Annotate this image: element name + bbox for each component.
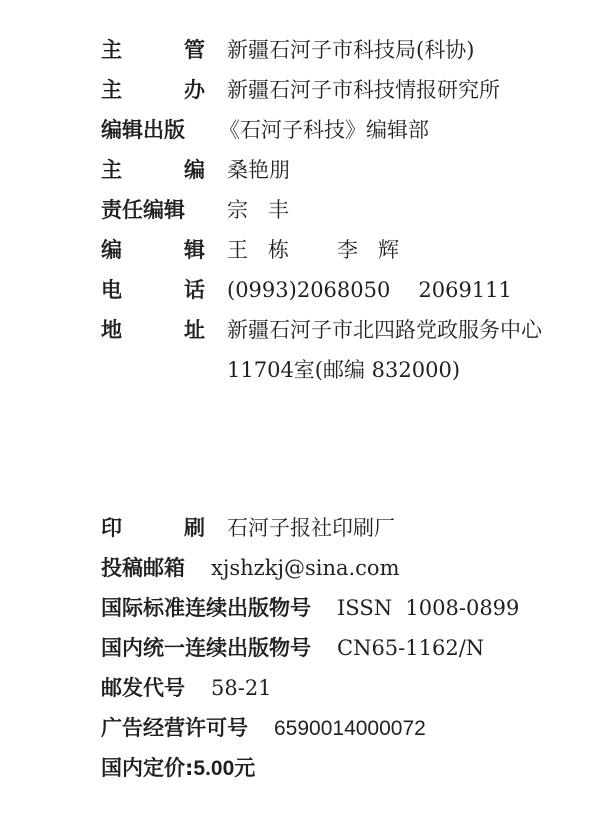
responsible-editor-value: 宗丰	[227, 197, 289, 223]
name-part: 丰	[268, 198, 289, 222]
label-char: 印	[101, 515, 122, 541]
masthead-row-printer: 印刷石河子报社印刷厂	[101, 515, 395, 541]
address-value: 新疆石河子市北四路党政服务中心	[227, 317, 542, 343]
label-char: 编	[101, 237, 122, 263]
masthead-row-supervisor: 主管新疆石河子市科技局(科协)	[101, 37, 474, 63]
field-label: 电话	[101, 277, 205, 303]
supervisor-value: 新疆石河子市科技局(科协)	[227, 37, 474, 63]
label-char: 刷	[184, 515, 205, 541]
label-char: 话	[184, 277, 205, 303]
field-label: 国内统一连续出版物号	[101, 635, 311, 661]
field-label: 国内定价	[101, 755, 185, 781]
name-part: 王	[227, 238, 248, 262]
label-char: 址	[184, 317, 205, 343]
price-separator: :	[185, 756, 193, 780]
label-char: 电	[101, 277, 122, 303]
printer-value: 石河子报社印刷厂	[227, 515, 395, 541]
field-label: 投稿邮箱	[101, 555, 185, 581]
publisher-value: 《石河子科技》编辑部	[219, 117, 429, 143]
field-label: 主编	[101, 157, 205, 183]
masthead-row-publisher: 编辑出版《石河子科技》编辑部	[101, 117, 429, 143]
label-char: 主	[101, 77, 122, 103]
postal-distribution-code-value: 58-21	[211, 675, 272, 701]
masthead-row-price: 国内定价:5.00元	[101, 755, 255, 782]
name-part: 李	[337, 238, 358, 262]
phone-value: (0993)20680502069111	[227, 277, 512, 303]
masthead-row-postal-code: 邮发代号58-21	[101, 675, 272, 701]
sponsor-value: 新疆石河子市科技情报研究所	[227, 77, 500, 103]
field-label: 责任编辑	[101, 197, 205, 223]
phone-number: (0993)2068050	[227, 278, 390, 302]
label-char: 地	[101, 317, 122, 343]
masthead-row-cn: 国内统一连续出版物号CN65-1162/N	[101, 635, 484, 661]
field-label: 主管	[101, 37, 205, 63]
field-label: 主办	[101, 77, 205, 103]
masthead-row-sponsor: 主办新疆石河子市科技情报研究所	[101, 77, 500, 103]
field-label: 国际标准连续出版物号	[101, 595, 311, 621]
masthead-row-issn: 国际标准连续出版物号ISSN 1008-0899	[101, 595, 519, 621]
field-label: 广告经营许可号	[101, 715, 248, 741]
label-char: 主	[101, 157, 122, 183]
label-char: 辑	[184, 237, 205, 263]
name-part: 栋	[268, 238, 289, 262]
chief-editor-value: 桑艳朋	[227, 157, 290, 183]
editors-value: 王栋李辉	[227, 237, 399, 263]
masthead-row-phone: 电话(0993)20680502069111	[101, 277, 512, 303]
price-value: 5.00元	[193, 756, 255, 782]
field-label: 邮发代号	[101, 675, 185, 701]
label-char: 办	[184, 77, 205, 103]
label-char: 主	[101, 37, 122, 63]
masthead-row-editors: 编辑王栋李辉	[101, 237, 399, 263]
cn-value: CN65-1162/N	[337, 635, 484, 661]
issn-value: ISSN 1008-0899	[337, 595, 519, 621]
phone-number: 2069111	[418, 278, 512, 302]
ad-license-value: 6590014000072	[274, 716, 426, 742]
submission-email-link[interactable]: xjshzkj@sina.com	[211, 555, 400, 581]
address-value-line2: 11704室(邮编 832000)	[227, 357, 460, 383]
masthead-row-chief-editor: 主编桑艳朋	[101, 157, 290, 183]
masthead-row-ad-license: 广告经营许可号6590014000072	[101, 715, 426, 742]
name-part: 辉	[378, 238, 399, 262]
label-char: 管	[184, 37, 205, 63]
masthead-row-address: 地址新疆石河子市北四路党政服务中心	[101, 317, 542, 343]
name-part: 宗	[227, 198, 248, 222]
field-label: 编辑	[101, 237, 205, 263]
label-char: 编	[184, 157, 205, 183]
masthead-row-submission-email: 投稿邮箱xjshzkj@sina.com	[101, 555, 400, 581]
field-label: 印刷	[101, 515, 205, 541]
field-label: 地址	[101, 317, 205, 343]
field-label: 编辑出版	[101, 117, 205, 143]
masthead-row-responsible-editor: 责任编辑宗丰	[101, 197, 289, 223]
